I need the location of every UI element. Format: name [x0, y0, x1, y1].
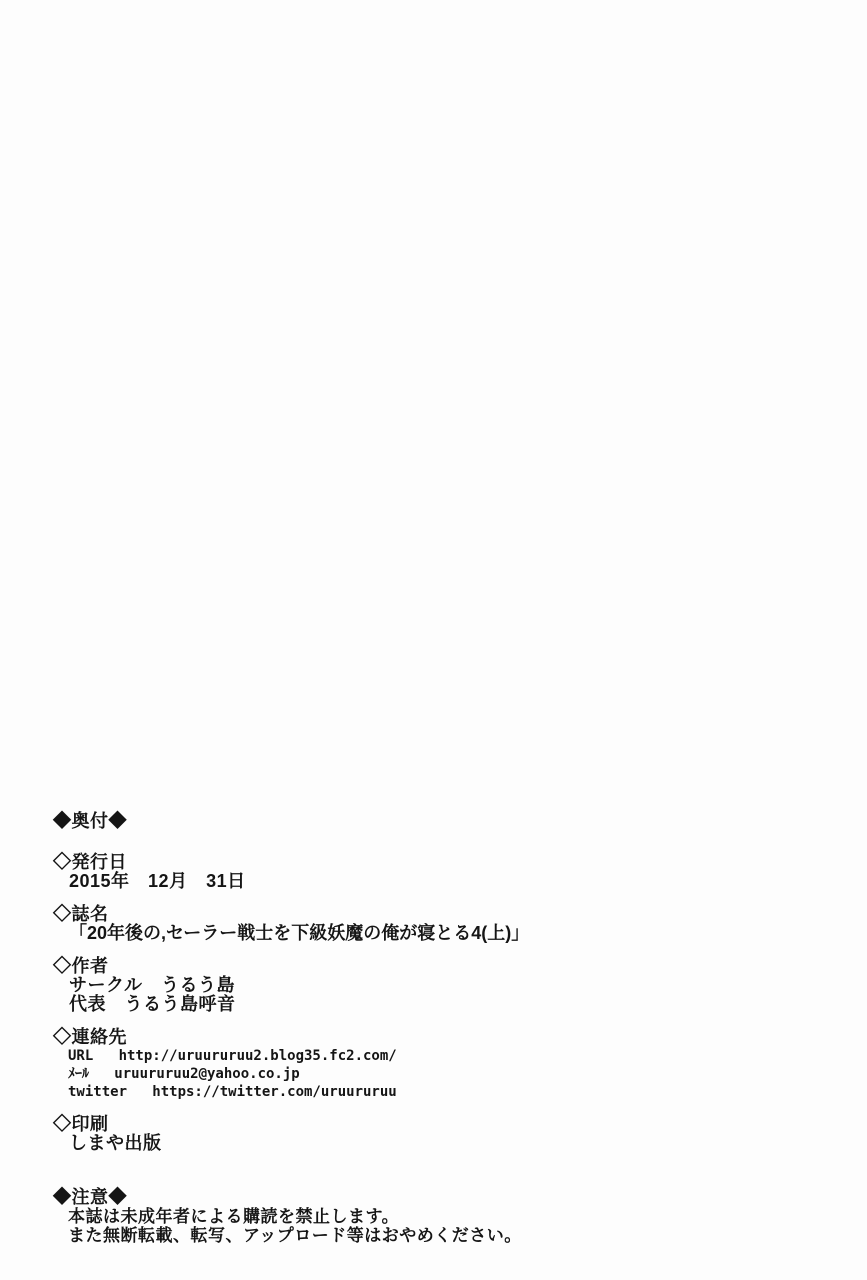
author-heading: ◇作者: [53, 957, 529, 976]
notice-line-1: 本誌は未成年者による購読を禁止します。: [68, 1207, 529, 1226]
publish-date-heading: ◇発行日: [53, 853, 529, 872]
magazine-title-value: 「20年後の,セーラー戦士を下級妖魔の俺が寝とる4(上)」: [69, 924, 529, 943]
contact-heading: ◇連絡先: [53, 1028, 529, 1047]
colophon-page: ◆奥付◆ ◇発行日 2015年 12月 31日 ◇誌名 「20年後の,セーラー戦…: [0, 0, 867, 1280]
printer-name: しまや出版: [69, 1134, 529, 1153]
notice-line-2: また無断転載、転写、アップロード等はおやめください。: [68, 1226, 529, 1245]
contact-url: URL http://uruururuu2.blog35.fc2.com/: [68, 1047, 529, 1065]
magazine-title-heading: ◇誌名: [53, 905, 529, 924]
section-contact: ◇連絡先 URL http://uruururuu2.blog35.fc2.co…: [53, 1028, 529, 1101]
publish-date-value: 2015年 12月 31日: [69, 872, 529, 891]
representative-name: 代表 うるう島呼音: [69, 995, 529, 1014]
colophon-title: ◆奥付◆: [53, 812, 529, 831]
circle-name: サークル うるう島: [69, 976, 529, 995]
contact-email: ﾒｰﾙ uruururuu2@yahoo.co.jp: [68, 1065, 529, 1083]
notice-heading: ◆注意◆: [53, 1188, 529, 1207]
section-author: ◇作者 サークル うるう島 代表 うるう島呼音: [53, 957, 529, 1014]
section-notice: ◆注意◆ 本誌は未成年者による購読を禁止します。 また無断転載、転写、アップロー…: [53, 1188, 529, 1245]
section-printing: ◇印刷 しまや出版: [53, 1115, 529, 1153]
printing-heading: ◇印刷: [53, 1115, 529, 1134]
section-magazine-title: ◇誌名 「20年後の,セーラー戦士を下級妖魔の俺が寝とる4(上)」: [53, 905, 529, 943]
section-publish-date: ◇発行日 2015年 12月 31日: [53, 853, 529, 891]
contact-twitter: twitter https://twitter.com/uruururuu: [68, 1083, 529, 1101]
colophon-content: ◆奥付◆ ◇発行日 2015年 12月 31日 ◇誌名 「20年後の,セーラー戦…: [53, 812, 529, 1245]
